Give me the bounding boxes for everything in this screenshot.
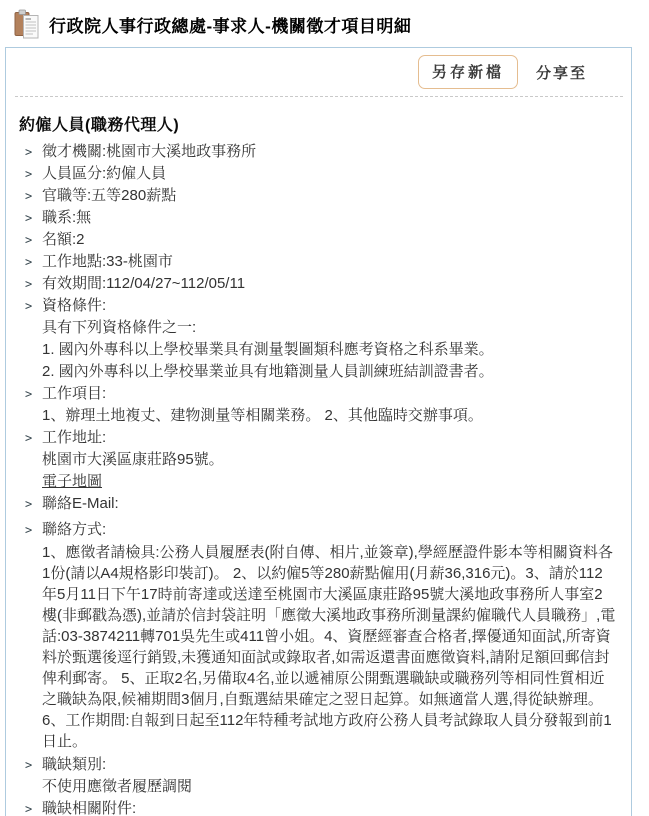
field-rank-text: 官職等:五等280薪點 [42,186,617,206]
field-attachments-text: 職缺相關附件: [42,799,617,816]
field-work-address-text: 工作地址: [42,428,617,448]
share-to-link[interactable]: 分享至 [536,62,587,83]
field-contact-method-text: 聯絡方式: [42,520,617,540]
field-qualifications: > 資格條件: [19,296,617,316]
work-address-detail: 桃園市大溪區康莊路95號。 [19,450,617,470]
field-job-series-text: 職系:無 [42,208,617,228]
chevron-right-marker: > [19,274,42,294]
save-as-button[interactable]: 另存新檔 [418,55,518,89]
chevron-right-marker: > [19,755,42,775]
contact-method-detail: 1、應徵者請檢具:公務人員履歷表(附自傳、相片,並簽章),學經歷證件影本等相關資… [19,542,617,752]
field-agency-text: 徵才機關:桃園市大溪地政事務所 [42,142,617,162]
contact-method-detail-text: 1、應徵者請檢具:公務人員履歷表(附自傳、相片,並簽章),學經歷證件影本等相關資… [42,542,617,752]
job-title: 約僱人員(職務代理人) [19,112,617,135]
qualification-intro-text: 具有下列資格條件之一: [42,318,617,338]
chevron-right-marker: > [19,520,42,540]
field-agency: > 徵才機關:桃園市大溪地政事務所 [19,142,617,162]
field-contact-email-text: 聯絡E-Mail: [42,494,617,514]
field-rank: > 官職等:五等280薪點 [19,186,617,206]
qualification-item-1: 1. 國內外專科以上學校畢業具有測量製圖類科應考資格之科系畢業。 [19,340,617,360]
chevron-right-marker: > [19,428,42,448]
qualification-intro: 具有下列資格條件之一: [19,318,617,338]
field-work-location-text: 工作地點:33-桃園市 [42,252,617,272]
field-attachments: > 職缺相關附件: [19,799,617,816]
chevron-right-marker: > [19,142,42,162]
qualification-item-1-text: 1. 國內外專科以上學校畢業具有測量製圖類科應考資格之科系畢業。 [42,340,617,360]
work-address-detail-text: 桃園市大溪區康莊路95號。 [42,450,617,470]
vacancy-category-detail-text: 不使用應徵者履歷調閱 [42,777,617,797]
field-contact-method: > 聯絡方式: [19,520,617,540]
field-valid-period-text: 有效期間:112/04/27~112/05/11 [42,274,617,294]
chevron-right-marker: > [19,186,42,206]
qualification-item-2-text: 2. 國內外專科以上學校畢業並具有地籍測量人員訓練班結訓證書者。 [42,362,617,382]
electronic-map-link[interactable]: 電子地圖 [42,472,102,492]
chevron-right-marker: > [19,799,42,816]
clipboard-document-icon [14,9,40,40]
field-qualifications-text: 資格條件: [42,296,617,316]
chevron-right-marker: > [19,208,42,228]
toolbar: 另存新檔 分享至 [13,52,625,96]
field-work-address: > 工作地址: [19,428,617,448]
field-valid-period: > 有效期間:112/04/27~112/05/11 [19,274,617,294]
work-items-detail-text: 1、辦理土地複丈、建物測量等相關業務。 2、其他臨時交辦事項。 [42,406,617,426]
chevron-right-marker: > [19,230,42,250]
page-header: 行政院人事行政總處-事求人-機關徵才項目明細 [0,0,649,47]
qualification-item-2: 2. 國內外專科以上學校畢業並具有地籍測量人員訓練班結訓證書者。 [19,362,617,382]
field-vacancy-category: > 職缺類別: [19,755,617,775]
page-title: 行政院人事行政總處-事求人-機關徵才項目明細 [49,12,411,37]
field-work-location: > 工作地點:33-桃園市 [19,252,617,272]
field-work-items-text: 工作項目: [42,384,617,404]
field-quota-text: 名額:2 [42,230,617,250]
work-items-detail: 1、辦理土地複丈、建物測量等相關業務。 2、其他臨時交辦事項。 [19,406,617,426]
field-contact-email: > 聯絡E-Mail: [19,494,617,514]
field-quota: > 名額:2 [19,230,617,250]
field-job-series: > 職系:無 [19,208,617,228]
field-vacancy-category-text: 職缺類別: [42,755,617,775]
chevron-right-marker: > [19,384,42,404]
chevron-right-marker: > [19,494,42,514]
detail-panel: 另存新檔 分享至 約僱人員(職務代理人) > 徵才機關:桃園市大溪地政事務所 >… [5,47,632,816]
chevron-right-marker: > [19,252,42,272]
field-personnel-category: > 人員區分:約僱人員 [19,164,617,184]
field-personnel-category-text: 人員區分:約僱人員 [42,164,617,184]
chevron-right-marker: > [19,296,42,316]
map-link-row: 電子地圖 [19,472,617,492]
vacancy-category-detail: 不使用應徵者履歷調閱 [19,777,617,797]
job-detail-content: 約僱人員(職務代理人) > 徵才機關:桃園市大溪地政事務所 > 人員區分:約僱人… [13,97,625,816]
chevron-right-marker: > [19,164,42,184]
field-work-items: > 工作項目: [19,384,617,404]
